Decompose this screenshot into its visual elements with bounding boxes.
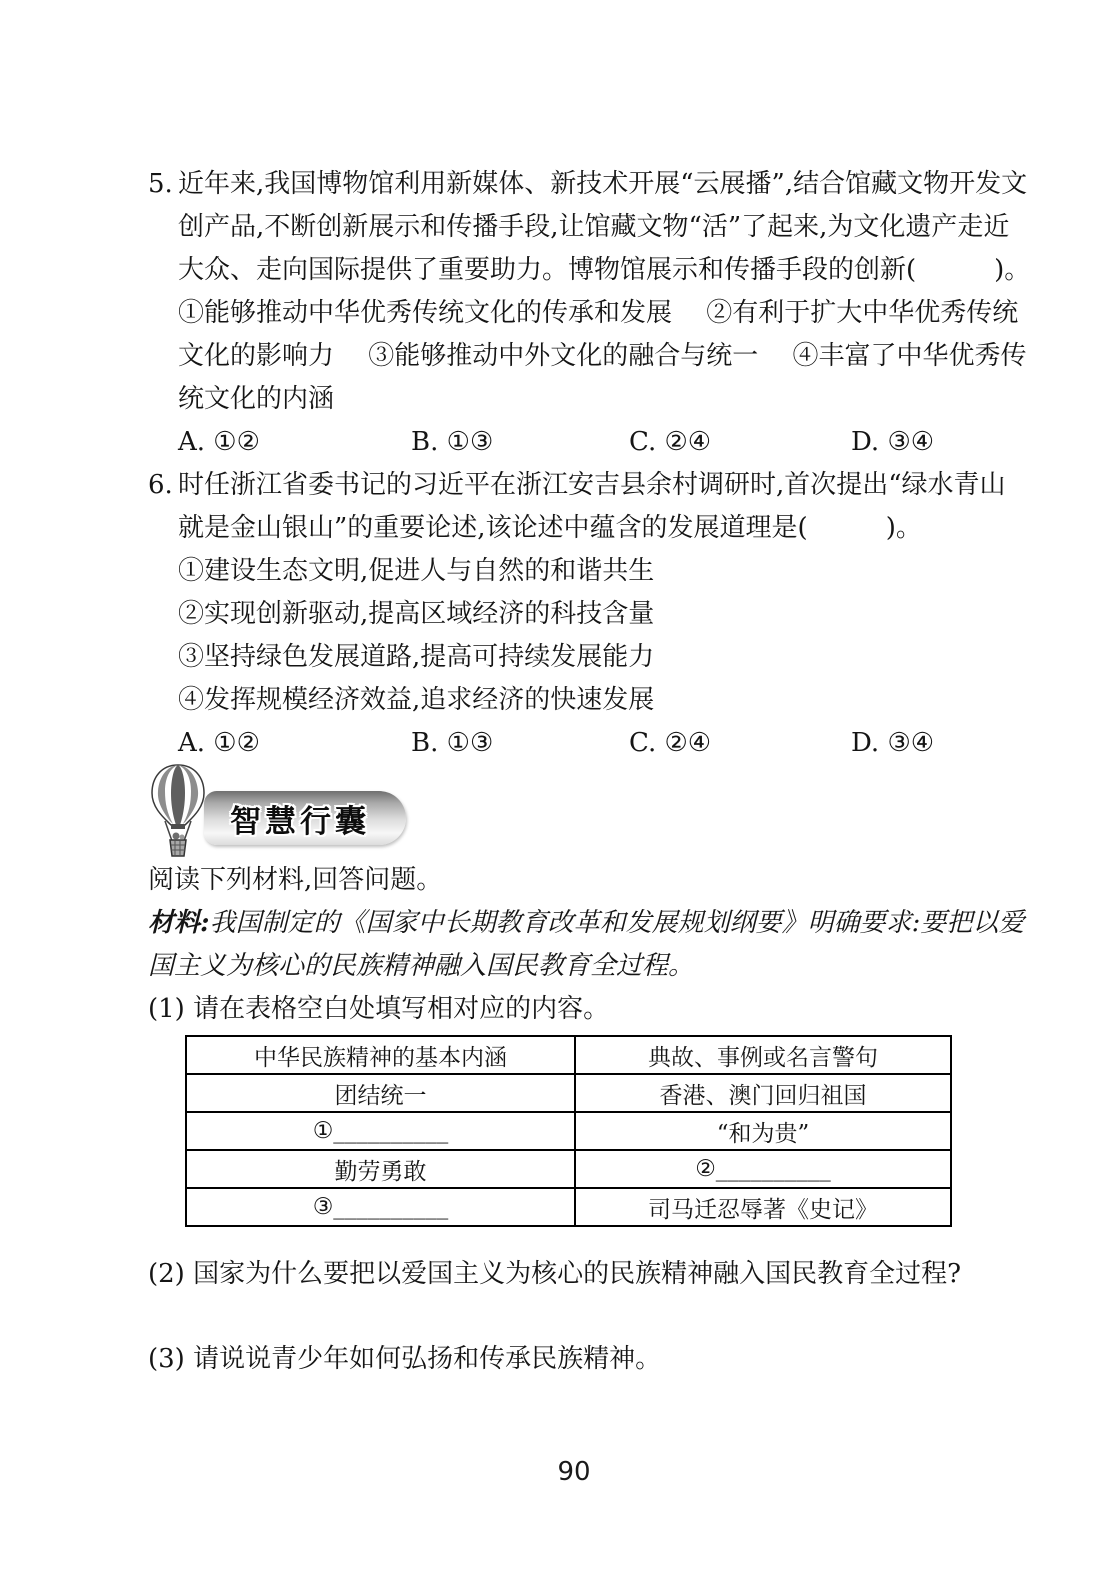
table-row: ③__________ 司马迁忍辱著《史记》 [186,1188,951,1226]
material-label: 材料: [148,908,210,938]
table-cell-blank-1: ①__________ [186,1112,575,1150]
option-c: C. ②④ [629,722,851,765]
question-6-options: A. ①② B. ①③ C. ②④ D. ③④ [178,722,1000,765]
table-cell: 司马迁忍辱著《史记》 [575,1188,951,1226]
section-badge: 智慧行囊 [148,765,1000,859]
table-header-cell: 中华民族精神的基本内涵 [186,1036,575,1074]
question-6-line: ③坚持绿色发展道路,提高可持续发展能力 [178,636,1000,679]
option-b: B. ①③ [411,421,629,464]
question-5: 5. 近年来,我国博物馆利用新媒体、新技术开展“云展播”,结合馆藏文物开发文 创… [148,163,1000,464]
question-6-line: ②实现创新驱动,提高区域经济的科技含量 [178,593,1000,636]
material-text: 国主义为核心的民族精神融入国民教育全过程。 [148,951,694,981]
question-6-number: 6. [148,464,173,507]
table-cell-blank-2: ②__________ [575,1150,951,1188]
sub-question-3: (3) 请说说青少年如何弘扬和传承民族精神。 [148,1338,1000,1381]
section-badge-pill: 智慧行囊 [204,791,406,845]
sub-question-1: (1) 请在表格空白处填写相对应的内容。 [148,988,1000,1031]
option-d: D. ③④ [851,421,1000,464]
question-5-line: 统文化的内涵 [178,378,1000,421]
question-5-options: A. ①② B. ①③ C. ②④ D. ③④ [178,421,1000,464]
table-cell: “和为贵” [575,1112,951,1150]
table-row: 团结统一 香港、澳门回归祖国 [186,1074,951,1112]
section-badge-title: 智慧行囊 [230,796,370,841]
question-5-line: 大众、走向国际提供了重要助力。博物馆展示和传播手段的创新( )。 [178,249,1000,292]
question-5-line: ①能够推动中华优秀传统文化的传承和发展 ②有利于扩大中华优秀传统 [178,292,1000,335]
option-a: A. ①② [178,421,411,464]
question-5-number: 5. [148,163,173,206]
question-6-line: ④发挥规模经济效益,追求经济的快速发展 [178,679,1000,722]
question-6-line: ①建设生态文明,促进人与自然的和谐共生 [178,550,1000,593]
question-6-line: 时任浙江省委书记的习近平在浙江安吉县余村调研时,首次提出“绿水青山 [178,464,1000,507]
option-a: A. ①② [178,722,411,765]
fill-in-table: 中华民族精神的基本内涵 典故、事例或名言警句 团结统一 香港、澳门回归祖国 ①_… [185,1035,952,1227]
sub-question-2: (2) 国家为什么要把以爱国主义为核心的民族精神融入国民教育全过程? [148,1253,1000,1296]
table-header-row: 中华民族精神的基本内涵 典故、事例或名言警句 [186,1036,951,1074]
option-d: D. ③④ [851,722,1000,765]
table-row: ①__________ “和为贵” [186,1112,951,1150]
table-row: 勤劳勇敢 ②__________ [186,1150,951,1188]
question-5-line: 创产品,不断创新展示和传播手段,让馆藏文物“活”了起来,为文化遗产走近 [178,206,1000,249]
question-5-line: 近年来,我国博物馆利用新媒体、新技术开展“云展播”,结合馆藏文物开发文 [178,163,1000,206]
page-number: 90 [148,1457,1000,1487]
hot-air-balloon-icon [148,763,208,861]
material-paragraph-line: 国主义为核心的民族精神融入国民教育全过程。 [148,945,1000,988]
table-header-cell: 典故、事例或名言警句 [575,1036,951,1074]
exercise-intro: 阅读下列材料,回答问题。 [148,859,1000,902]
table-cell-blank-3: ③__________ [186,1188,575,1226]
option-b: B. ①③ [411,722,629,765]
question-6: 6. 时任浙江省委书记的习近平在浙江安吉县余村调研时,首次提出“绿水青山 就是金… [148,464,1000,765]
question-6-line: 就是金山银山”的重要论述,该论述中蕴含的发展道理是( )。 [178,507,1000,550]
table-cell: 勤劳勇敢 [186,1150,575,1188]
question-5-line: 文化的影响力 ③能够推动中外文化的融合与统一 ④丰富了中华优秀传 [178,335,1000,378]
material-text: 我国制定的《国家中长期教育改革和发展规划纲要》明确要求:要把以爱 [210,908,1025,938]
workbook-page: 5. 近年来,我国博物馆利用新媒体、新技术开展“云展播”,结合馆藏文物开发文 创… [0,0,1110,1487]
option-c: C. ②④ [629,421,851,464]
material-paragraph-line: 材料:我国制定的《国家中长期教育改革和发展规划纲要》明确要求:要把以爱 [148,902,1000,945]
table-cell: 团结统一 [186,1074,575,1112]
table-cell: 香港、澳门回归祖国 [575,1074,951,1112]
